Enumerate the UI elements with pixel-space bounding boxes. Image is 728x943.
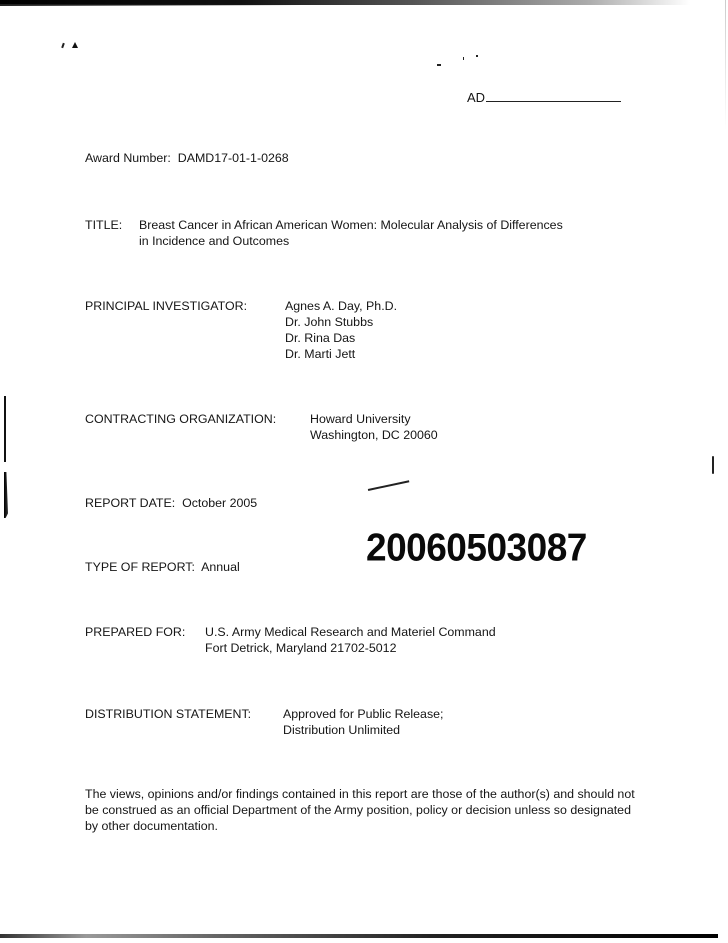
distribution-statement-label: DISTRIBUTION STATEMENT:: [85, 706, 283, 722]
award-number: Award Number: DAMD17-01-1-0268: [85, 150, 289, 166]
report-date-label: REPORT DATE:: [85, 495, 175, 511]
pen-stroke-mark: [368, 480, 409, 490]
distribution-statement: DISTRIBUTION STATEMENT: Approved for Pub…: [85, 706, 443, 738]
prepared-for: PREPARED FOR: U.S. Army Medical Research…: [85, 624, 496, 656]
scan-speck: [61, 43, 65, 48]
scan-speck: [437, 64, 441, 66]
prepared-for-line: Fort Detrick, Maryland 21702-5012: [205, 640, 496, 656]
ad-label: AD: [467, 90, 485, 105]
disclaimer-paragraph: The views, opinions and/or findings cont…: [85, 786, 645, 834]
investigator-name: Dr. Marti Jett: [285, 346, 397, 362]
distribution-line: Distribution Unlimited: [283, 722, 443, 738]
ad-blank-line: [486, 89, 621, 102]
organization-line: Howard University: [310, 411, 438, 427]
principal-investigator: PRINCIPAL INVESTIGATOR: Agnes A. Day, Ph…: [85, 298, 397, 362]
investigator-name: Dr. Rina Das: [285, 330, 397, 346]
scan-speck: [476, 55, 478, 57]
scan-speck: [72, 42, 78, 48]
scan-speck: [463, 57, 464, 60]
prepared-for-line: U.S. Army Medical Research and Materiel …: [205, 624, 496, 640]
type-of-report-value: Annual: [201, 560, 240, 574]
contracting-organization: CONTRACTING ORGANIZATION: Howard Univers…: [85, 411, 438, 443]
investigator-name: Agnes A. Day, Ph.D.: [285, 298, 397, 314]
scan-mark-left: [4, 396, 6, 462]
contracting-organization-label: CONTRACTING ORGANIZATION:: [85, 411, 310, 427]
distribution-line: Approved for Public Release;: [283, 706, 443, 722]
type-of-report: TYPE OF REPORT: Annual: [85, 559, 240, 575]
title-label: TITLE:: [85, 217, 139, 233]
scan-mark-left-lower: [4, 472, 8, 518]
scan-border-top-shadow: [0, 4, 300, 6]
scan-border-bottom: [0, 934, 718, 938]
principal-investigator-label: PRINCIPAL INVESTIGATOR:: [85, 298, 285, 314]
type-of-report-label: TYPE OF REPORT:: [85, 559, 195, 575]
title-line: in Incidence and Outcomes: [139, 233, 699, 249]
award-number-label: Award Number:: [85, 150, 171, 166]
report-date-value: October 2005: [182, 496, 257, 510]
prepared-for-label: PREPARED FOR:: [85, 624, 205, 640]
report-date: REPORT DATE: October 2005: [85, 495, 257, 511]
ad-number-field: AD: [467, 89, 621, 105]
organization-line: Washington, DC 20060: [310, 427, 438, 443]
report-title: TITLE: Breast Cancer in African American…: [85, 217, 699, 249]
investigator-name: Dr. John Stubbs: [285, 314, 397, 330]
title-line: Breast Cancer in African American Women:…: [139, 217, 699, 233]
scan-mark-right: [712, 456, 714, 474]
accession-number: 20060503087: [366, 526, 587, 570]
award-number-value: DAMD17-01-1-0268: [178, 151, 289, 165]
scan-border-right: [725, 0, 726, 130]
